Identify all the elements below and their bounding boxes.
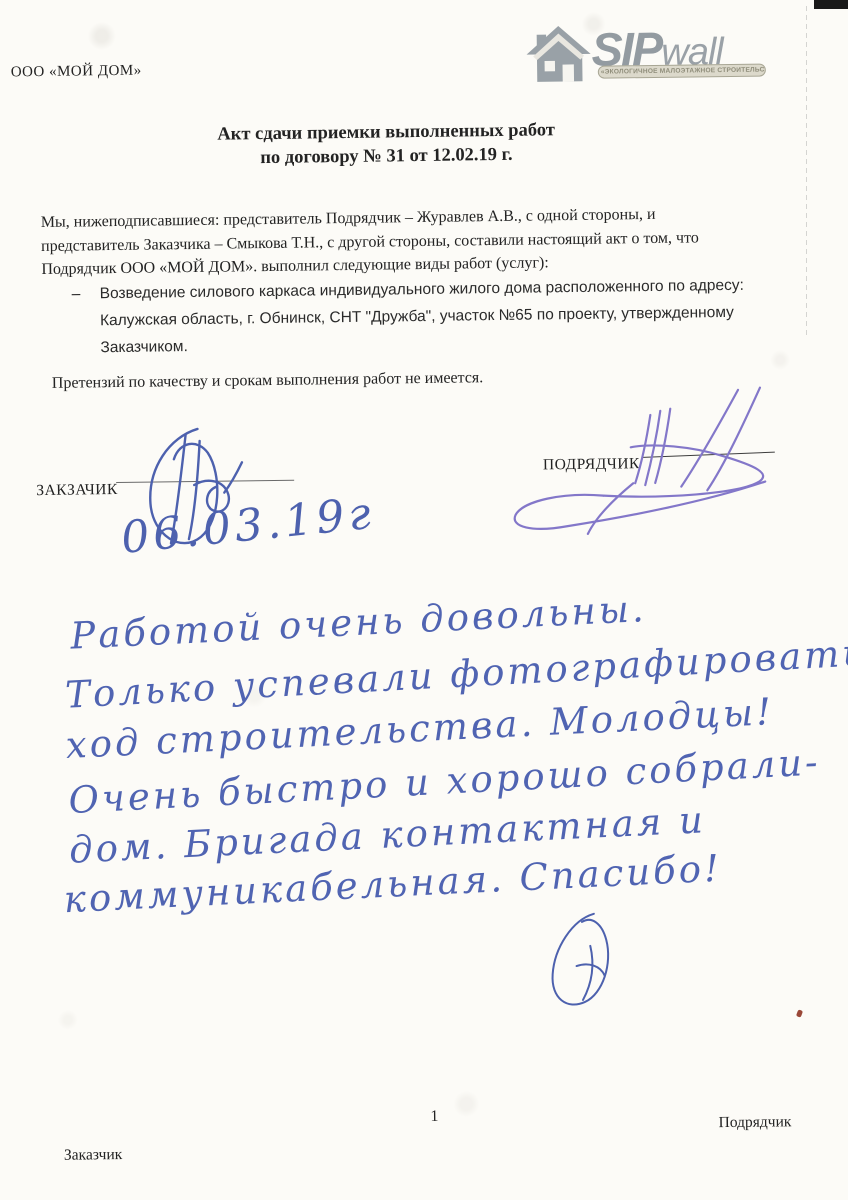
sipwall-logo: SIPwall «ЭКОЛОГИЧНОЕ МАЛОЭТАЖНОЕ СТРОИТЕ… — [525, 11, 786, 86]
customer-signature-label: ЗАКЗАЧИК — [36, 481, 118, 500]
intro-paragraph: Мы, нижеподписавшиеся: представитель Под… — [41, 201, 812, 282]
house-icon — [525, 24, 592, 92]
company-name: ООО «МОЙ ДОМ» — [11, 63, 142, 82]
scanned-document-page: ООО «МОЙ ДОМ» SIPwall «ЭКОЛОГИЧНОЕ МАЛОЭ… — [0, 0, 848, 1200]
document-content: ООО «МОЙ ДОМ» SIPwall «ЭКОЛОГИЧНОЕ МАЛОЭ… — [0, 0, 848, 1200]
no-claims-statement: Претензий по качеству и срокам выполнени… — [52, 369, 484, 393]
bullet-dash: – — [72, 280, 100, 307]
logo-tagline: «ЭКОЛОГИЧНОЕ МАЛОЭТАЖНОЕ СТРОИТЕЛЬСТВО» — [598, 63, 766, 78]
document-title: Акт сдачи приемки выполненных работ по д… — [0, 115, 779, 173]
page-number: 1 — [404, 1108, 464, 1127]
footer-contractor-label: Подрядчик — [718, 1113, 791, 1132]
footer-customer-label: Заказчик — [64, 1146, 122, 1165]
contractor-signature — [502, 385, 804, 549]
work-item: – Возведение силового каркаса индивидуал… — [72, 271, 793, 361]
reviewer-signature — [532, 909, 643, 1015]
